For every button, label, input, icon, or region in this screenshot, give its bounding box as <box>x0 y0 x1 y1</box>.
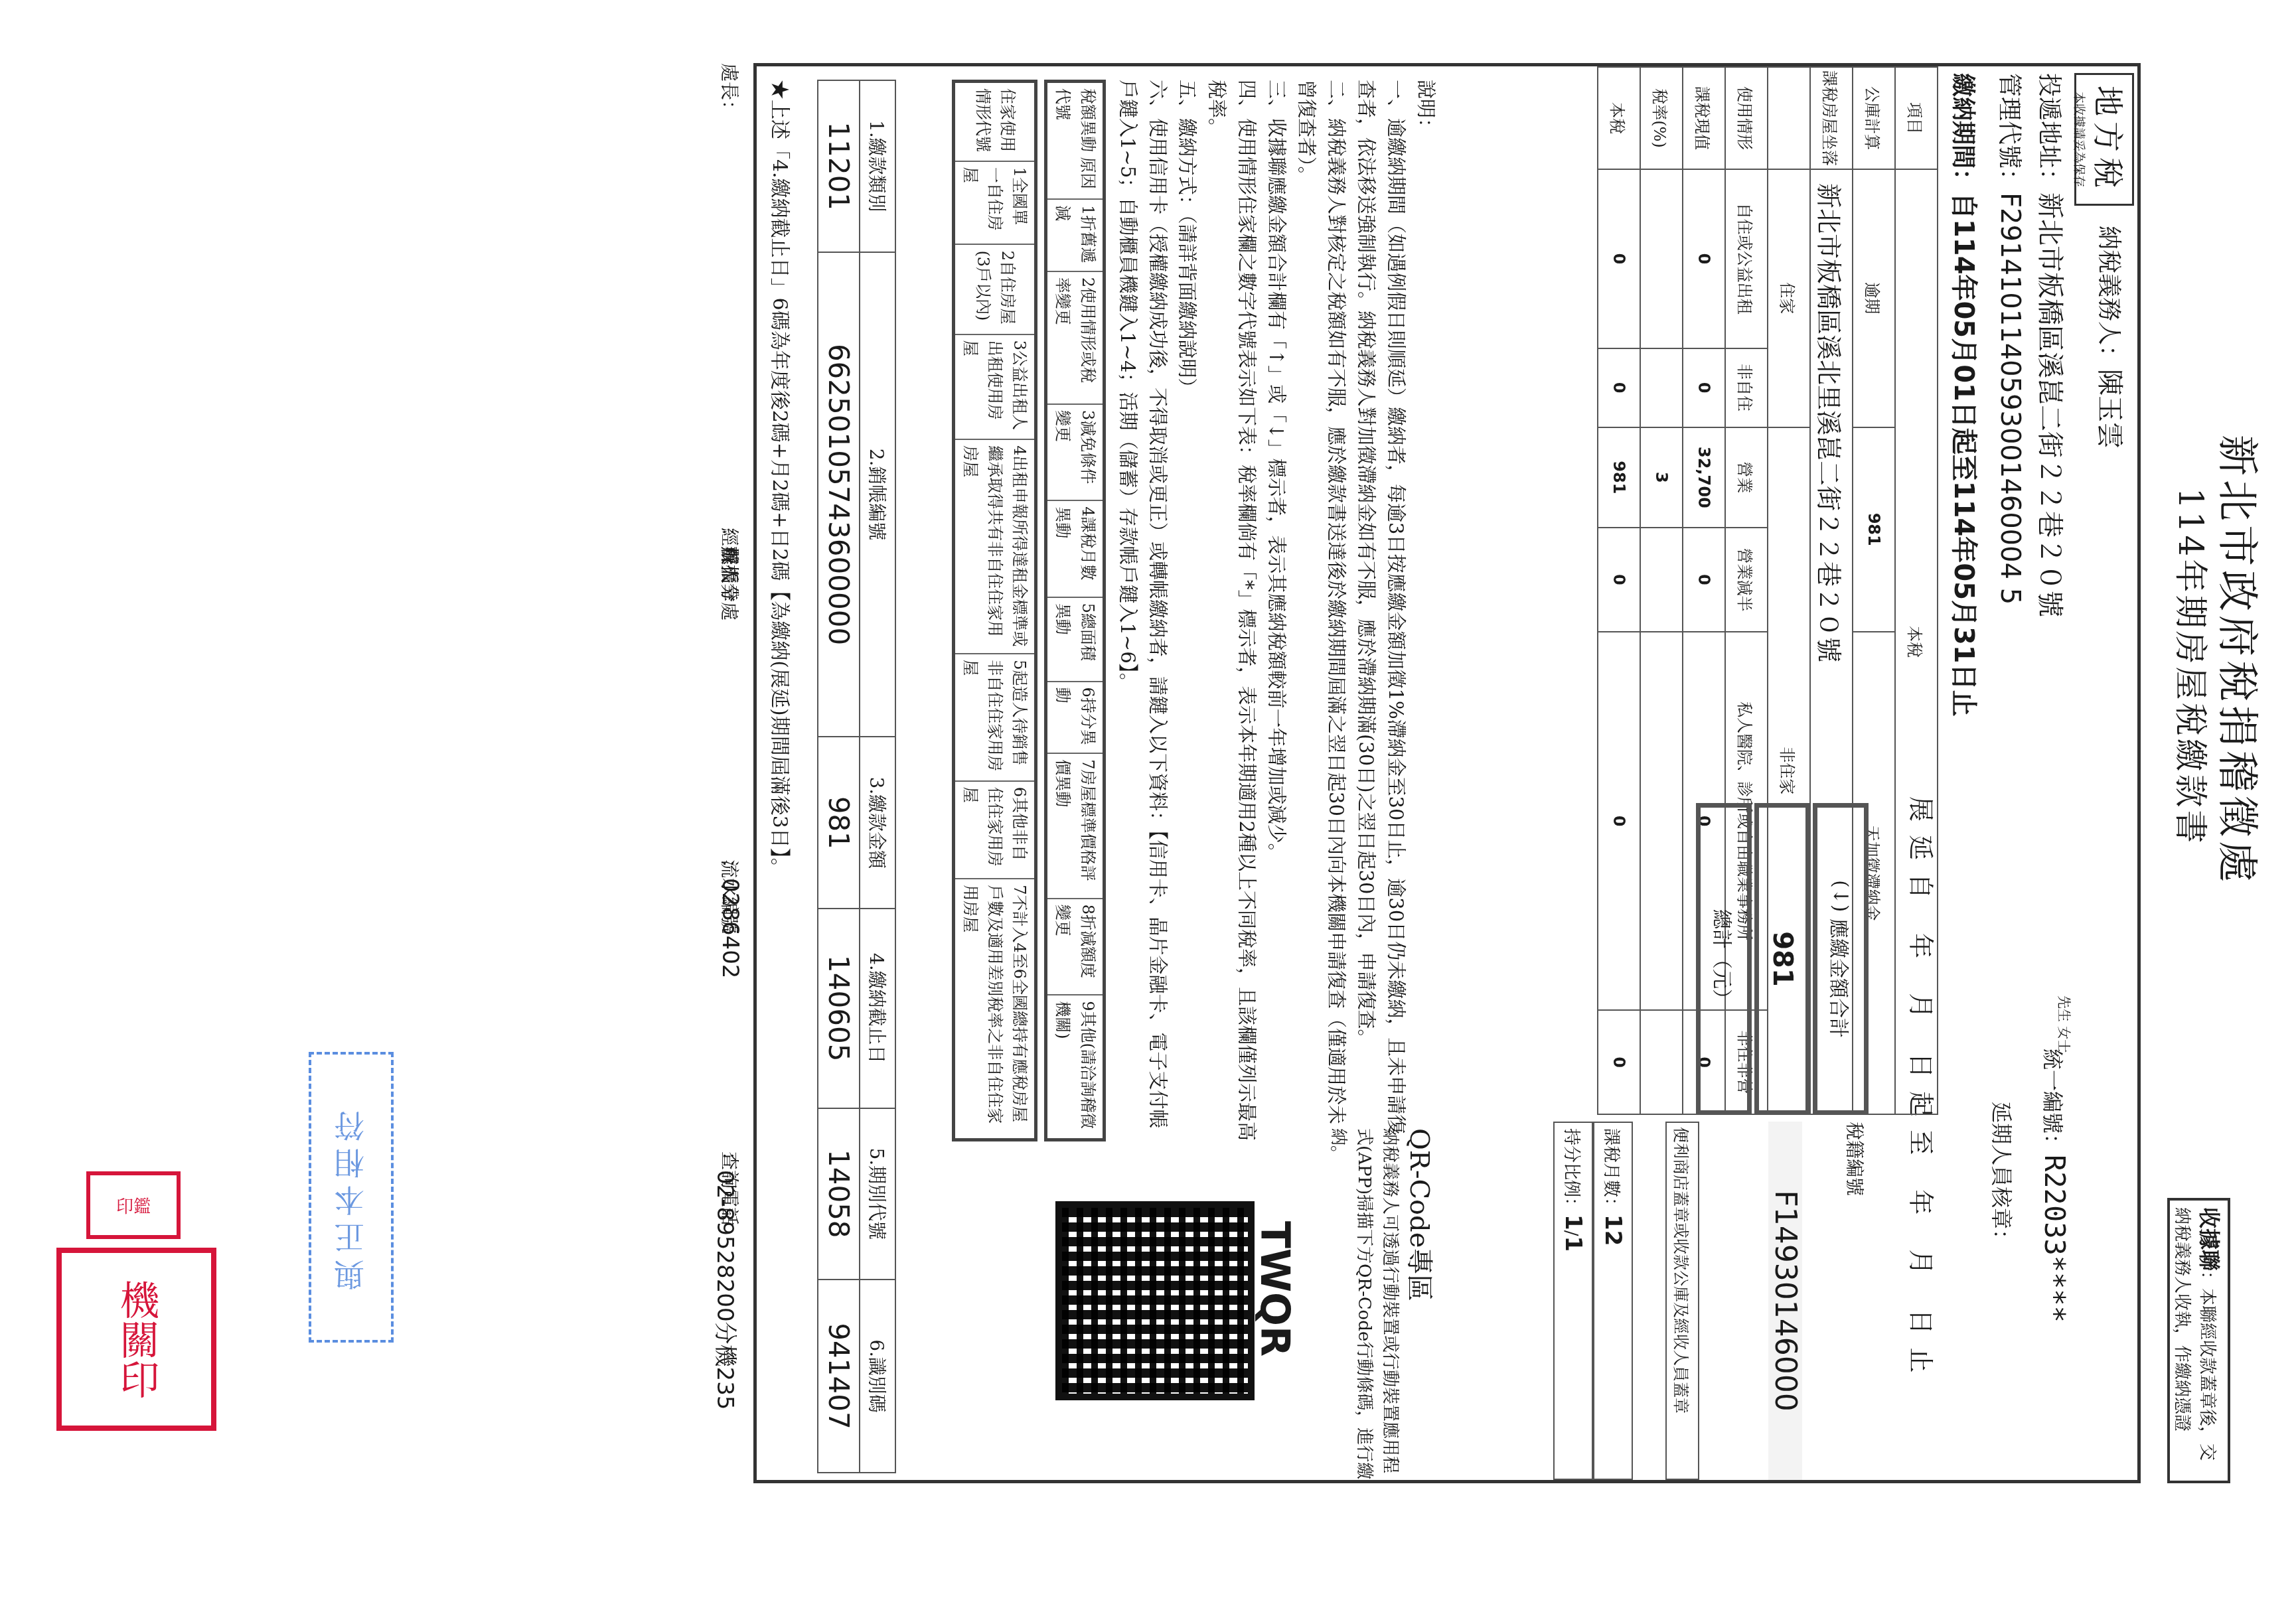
honorific: 先生 女士 <box>2056 995 2071 1053</box>
document-title: 114年期房屋稅繳款書 <box>2169 488 2217 845</box>
seal-stamp-large: 機關印 <box>56 1248 216 1431</box>
local-tax-badge: 地方稅 本收據請妥為保存 <box>2074 73 2134 206</box>
payment-period: 繳納期間：自114年05月01日起至114年05月31日止 <box>1947 73 1985 717</box>
qr-code-section: QR-Code專區 納稅義務人可透過行動裝置或行動裝置應用程式(APP)掃描下方… <box>1042 1128 1440 1480</box>
months-share: 課稅月數：12 持分比例：1/1 <box>1553 1122 1633 1480</box>
management-code: 管理代號：F2914101140593001460004 5 <box>1994 73 2028 605</box>
overdue-amount: 981 <box>1853 427 1895 632</box>
total-amount-box: (↓) 應繳金額合計 981 總計（元） <box>1722 803 1869 1115</box>
usage-codes: 住家使用情形代號1全國單一自住房屋2自住房屋(3戶以內)3公益出租人出租使用房屋… <box>952 80 1038 1141</box>
tax-change-codes: 稅額異動 原因代號1折舊遞減2使用情形或稅率變更3減免條件變更4課稅月數異動5總… <box>1044 80 1105 1141</box>
total-amount: 981 <box>1767 931 1798 987</box>
twqr-logo: TWQR <box>1251 1221 1298 1357</box>
seal-stamp-small: 印鑑 <box>86 1171 181 1239</box>
main-frame: 地方稅 本收據請妥為保存 納稅義務人：陳玉雲 投遞地址：新北市板橋區溪崑二街２２… <box>753 63 2141 1483</box>
deadline-footnote: ★上述「4.繳納截止日」6碼為年度後2碼+月2碼+日2碼【為繳納(展延)期間屆滿… <box>767 80 797 878</box>
table-row: 稅率(%)3 <box>1640 67 1683 1114</box>
receipt-copy-note: 收據聯：本聯經收款蓋章後，交納稅義務人收執，作繳納憑證 <box>2167 1198 2230 1483</box>
convenience-store-seal-area: 便利商店蓋章或收款公庫及經收人員蓋章 <box>1665 1122 1699 1480</box>
note-item: 一、逾繳納期間（如遇例假日則順延）繳納者，每逾3日按應繳金額加徵1%滯納金至30… <box>1351 80 1411 1141</box>
note-item: 五、繳納方式：（請詳背面繳納說明） <box>1172 80 1202 1141</box>
tax-payment-slip: 新北市政府稅捐稽徵處 114年期房屋稅繳款書 收據聯：本聯經收款蓋章後，交納稅義… <box>750 63 2283 1483</box>
tax-registry-number: 稅籍編號 F14930146000 <box>1703 1122 1869 1480</box>
note-item: 三、收據聯應繳金額合計欄有「↑」或「↓」標示者，表示其應納稅額較前一年增加或減少… <box>1261 80 1291 1141</box>
note-item: 四、使用情形住家欄之數字代號表示如下表：稅率欄倘有「*」標示者，表示本年期適用2… <box>1202 80 1262 1141</box>
instructions: 說明： 一、逾繳納期間（如遇例假日則順延）繳納者，每逾3日按應繳金額加徵1%滯納… <box>945 80 1440 1141</box>
title-block: 新北市政府稅捐稽徵處 114年期房屋稅繳款書 收據聯：本聯經收款蓋章後，交納稅義… <box>2151 63 2283 1483</box>
note-item: 二、納稅義務人對核定之稅額如有不服，應於繳款書送達後於繳納期間屆滿之翌日起30日… <box>1291 80 1351 1141</box>
agency-title: 新北市政府稅捐稽徵處 <box>2211 435 2270 886</box>
qr-code-icon[interactable] <box>1055 1201 1255 1400</box>
mail-address: 投遞地址：新北市板橋區溪崑二街２２巷２０號 <box>2033 73 2071 617</box>
table-row: 本稅00981000 <box>1598 67 1640 1114</box>
taxpayer-id: 統一編號：R22033**** <box>2038 1049 2071 1323</box>
extension-staff-seal: 延期人員核章： <box>1987 1102 2018 1250</box>
note-item: 六、使用信用卡（授權繳納成功後，不得取消或更正）或轉帳繳納者，請鍵入以下資料：【… <box>1112 80 1172 1141</box>
taxpayer-name: 納稅義務人：陳玉雲 <box>2093 226 2131 449</box>
payment-info-table: 1.繳款類別2.銷帳編號3.繳款金額4.繳納截止日5.期別代號6.識別碼 112… <box>817 80 896 1473</box>
certified-copy-stamp: 與正本相符 <box>309 1052 394 1343</box>
